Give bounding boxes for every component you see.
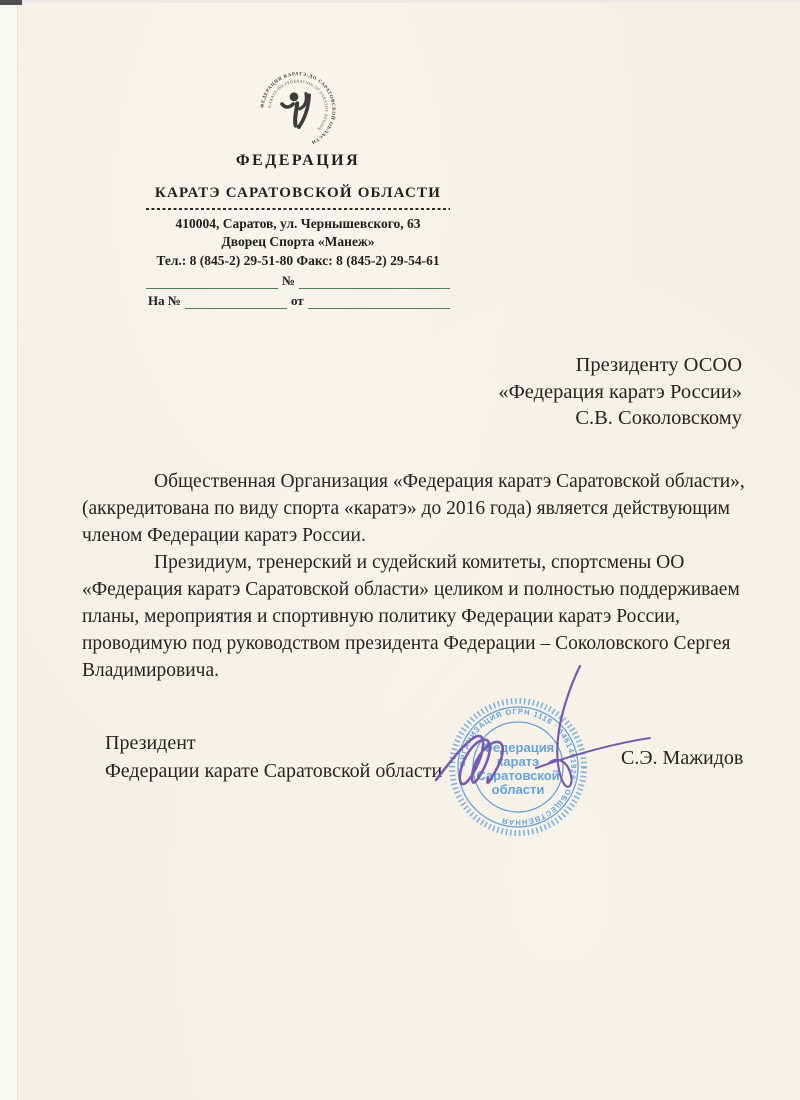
signer-title-line-2: Федерации карате Саратовской области <box>105 758 442 786</box>
ref-from-label: от <box>287 293 308 309</box>
stamp-ring-text: ОРГАНИЗАЦИЯ ОГРН 1116 · 6461491928 · ОБЩ… <box>458 707 578 827</box>
svg-text:Федерация: Федерация <box>482 740 555 755</box>
dashed-divider <box>146 208 450 210</box>
signer-name: С.Э. Мажидов <box>621 747 743 770</box>
svg-text:области: области <box>492 782 545 797</box>
org-title-karate-region: КАРАТЭ САРАТОВСКОЙ ОБЛАСТИ <box>146 185 450 202</box>
signer-title: Президент Федерации карате Саратовской о… <box>105 730 442 785</box>
federation-logo-icon: ФЕДЕРАЦИЯ КАРАТЭ-ДО САРАТОВСКОЙ ОБЛАСТИ … <box>252 68 344 148</box>
letterhead: ФЕДЕРАЦИЯ КАРАТЭ-ДО САРАТОВСКОЙ ОБЛАСТИ … <box>146 68 450 309</box>
phone-fax-line: Тел.: 8 (845-2) 29-51-80 Факс: 8 (845-2)… <box>146 253 450 269</box>
scan-left-edge <box>0 0 18 1100</box>
body-paragraph-2: Президиум, тренерский и судейский комите… <box>82 549 742 684</box>
ref-row-incoming: На № от <box>146 293 450 309</box>
address-line: 410004, Саратов, ул. Чернышевского, 63 <box>146 216 450 232</box>
scan-corner-mark <box>0 0 22 5</box>
ref-blank-line <box>308 295 450 309</box>
ref-no-label: № <box>278 273 299 289</box>
ref-blank-line <box>299 275 450 289</box>
recipient-line-2: «Федерация каратэ России» <box>498 379 742 406</box>
ref-on-no-label: На № <box>146 293 185 309</box>
scanned-letter-page: ФЕДЕРАЦИЯ КАРАТЭ-ДО САРАТОВСКОЙ ОБЛАСТИ … <box>0 0 800 1100</box>
stamp-center-text: Федерация каратэ Саратовской области <box>476 740 559 797</box>
ref-row-outgoing: № <box>146 273 450 289</box>
letter-body: Общественная Организация «Федерация кара… <box>82 468 742 684</box>
federation-stamp-icon: ОРГАНИЗАЦИЯ ОГРН 1116 · 6461491928 · ОБЩ… <box>443 692 593 842</box>
ref-blank-line <box>185 295 287 309</box>
svg-text:ОРГАНИЗАЦИЯ ОГРН 1116 · 646149: ОРГАНИЗАЦИЯ ОГРН 1116 · 6461491928 · ОБЩ… <box>458 707 578 827</box>
signer-title-line-1: Президент <box>105 730 442 758</box>
scan-top-edge <box>0 0 800 3</box>
recipient-block: Президенту ОСОО «Федерация каратэ России… <box>498 352 742 432</box>
svg-text:Саратовской: Саратовской <box>476 768 559 783</box>
svg-text:каратэ: каратэ <box>497 754 539 769</box>
recipient-line-3: С.В. Соколовскому <box>498 405 742 432</box>
recipient-line-1: Президенту ОСОО <box>498 352 742 379</box>
ref-blank-line <box>146 275 278 289</box>
body-paragraph-1: Общественная Организация «Федерация кара… <box>82 468 742 549</box>
address-line-2: Дворец Спорта «Манеж» <box>146 234 450 250</box>
org-title-federation: ФЕДЕРАЦИЯ <box>146 152 450 170</box>
karate-figure-icon <box>282 92 309 127</box>
